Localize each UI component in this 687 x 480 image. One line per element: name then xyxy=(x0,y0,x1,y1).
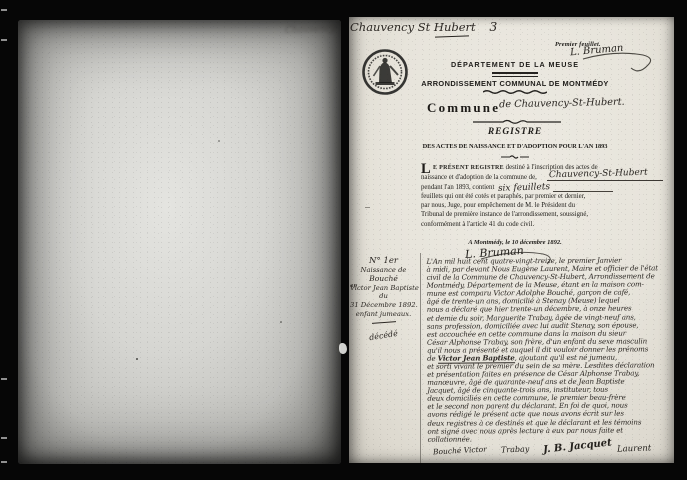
preamble-text: naissance et d'adoption de la commune de… xyxy=(421,174,537,181)
preamble-line: naissance et d'adoption de la commune de… xyxy=(421,173,613,182)
margin-note-line: enfant jumeaux. xyxy=(350,310,417,319)
margin-note-line: du xyxy=(350,292,417,301)
birth-act-text: L'An mil huit cent quatre-vingt-treize, … xyxy=(426,255,674,442)
margin-note-line: Victor Jean Baptiste xyxy=(350,284,417,293)
signature-mayor: Laurent xyxy=(617,443,652,454)
commune-insertion-handwritten: Chauvency-St-Hubert xyxy=(549,169,648,181)
paper-blemish xyxy=(365,207,370,208)
film-edge-mark xyxy=(1,9,7,11)
act-number: N° 1er xyxy=(350,256,417,266)
feuillets-insertion-handwritten: six feuillets xyxy=(498,183,550,194)
title-underline xyxy=(435,35,469,37)
film-edge-mark xyxy=(1,461,7,463)
film-edge-mark xyxy=(1,378,7,380)
preamble-block: L E PRÉSENT REGISTRE destiné à l'inscrip… xyxy=(421,163,613,229)
margin-note-line: Bouché xyxy=(350,275,417,284)
film-edge-mark xyxy=(1,39,7,41)
annotation-folio-number: 3 xyxy=(489,19,497,34)
margin-insert-mark: ap xyxy=(350,283,357,289)
paper-speck xyxy=(280,321,282,323)
preamble-line: par nous, Juge, pour empêchement de M. l… xyxy=(421,201,613,210)
commune-label: Commune xyxy=(427,100,500,116)
preamble-line: Tribunal de première instance de l'arron… xyxy=(421,210,613,219)
margin-note-line: 31 Décembre 1892. xyxy=(350,301,417,310)
signature-declarant: Bouché Victor xyxy=(433,445,487,457)
page-annotation-title: Chauvency St Hubert 3 xyxy=(350,19,497,34)
commune-underline-flourish xyxy=(473,118,561,125)
act-line: deux registres à ce destinés et que le d… xyxy=(427,417,674,427)
paper-speck xyxy=(218,140,220,142)
margin-flourish xyxy=(371,321,395,324)
registre-subtitle: DES ACTES DE NAISSANCE ET D'ADOPTION POU… xyxy=(395,143,635,150)
signature-witness-1: Trabay xyxy=(501,445,530,455)
margin-notes: N° 1er Naissance de Bouché Victor Jean B… xyxy=(350,256,417,340)
header-wavy-rule xyxy=(483,89,547,95)
film-edge-mark xyxy=(1,437,7,439)
preamble-line: conformément à l'article 41 du code civi… xyxy=(421,220,613,229)
registre-title: REGISTRE xyxy=(395,127,635,137)
margin-note-deceased: décédé xyxy=(350,326,418,345)
form-blank-line xyxy=(553,184,613,192)
commune-handwritten-value: de Chauvency-St-Hubert. xyxy=(499,97,625,111)
ink-bleedthrough-script: Chauvency xyxy=(284,24,335,36)
register-page: Chauvency St Hubert 3 Premier feuillet. … xyxy=(349,17,674,463)
microfilm-frame: Chauvency Chauvency St Hubert 3 Premier … xyxy=(0,0,687,480)
paper-speck xyxy=(136,358,138,360)
subtitle-ornament xyxy=(501,154,529,160)
preamble-lead: E PRÉSENT REGISTRE xyxy=(433,165,504,171)
preamble-line: pendant l'an 1893, contient six feuillet… xyxy=(421,183,613,192)
republique-seal-stamp xyxy=(358,47,412,97)
gutter-paper-fleck xyxy=(339,343,347,354)
annotation-commune-name: Chauvency St Hubert xyxy=(350,20,476,34)
header-rule xyxy=(492,72,538,77)
signatures-row: Bouché Victor Trabay J. B. Jacquet Laure… xyxy=(427,443,674,463)
form-blank-line xyxy=(547,180,663,181)
left-blank-page: Chauvency xyxy=(18,20,341,464)
preamble-text: pendant l'an 1893, contient xyxy=(421,183,494,192)
departement-heading: DÉPARTEMENT DE LA MEUSE xyxy=(395,60,635,69)
margin-rule xyxy=(420,253,421,463)
arrondissement-heading: ARRONDISSEMENT COMMUNAL DE MONTMÉDY xyxy=(395,79,635,88)
